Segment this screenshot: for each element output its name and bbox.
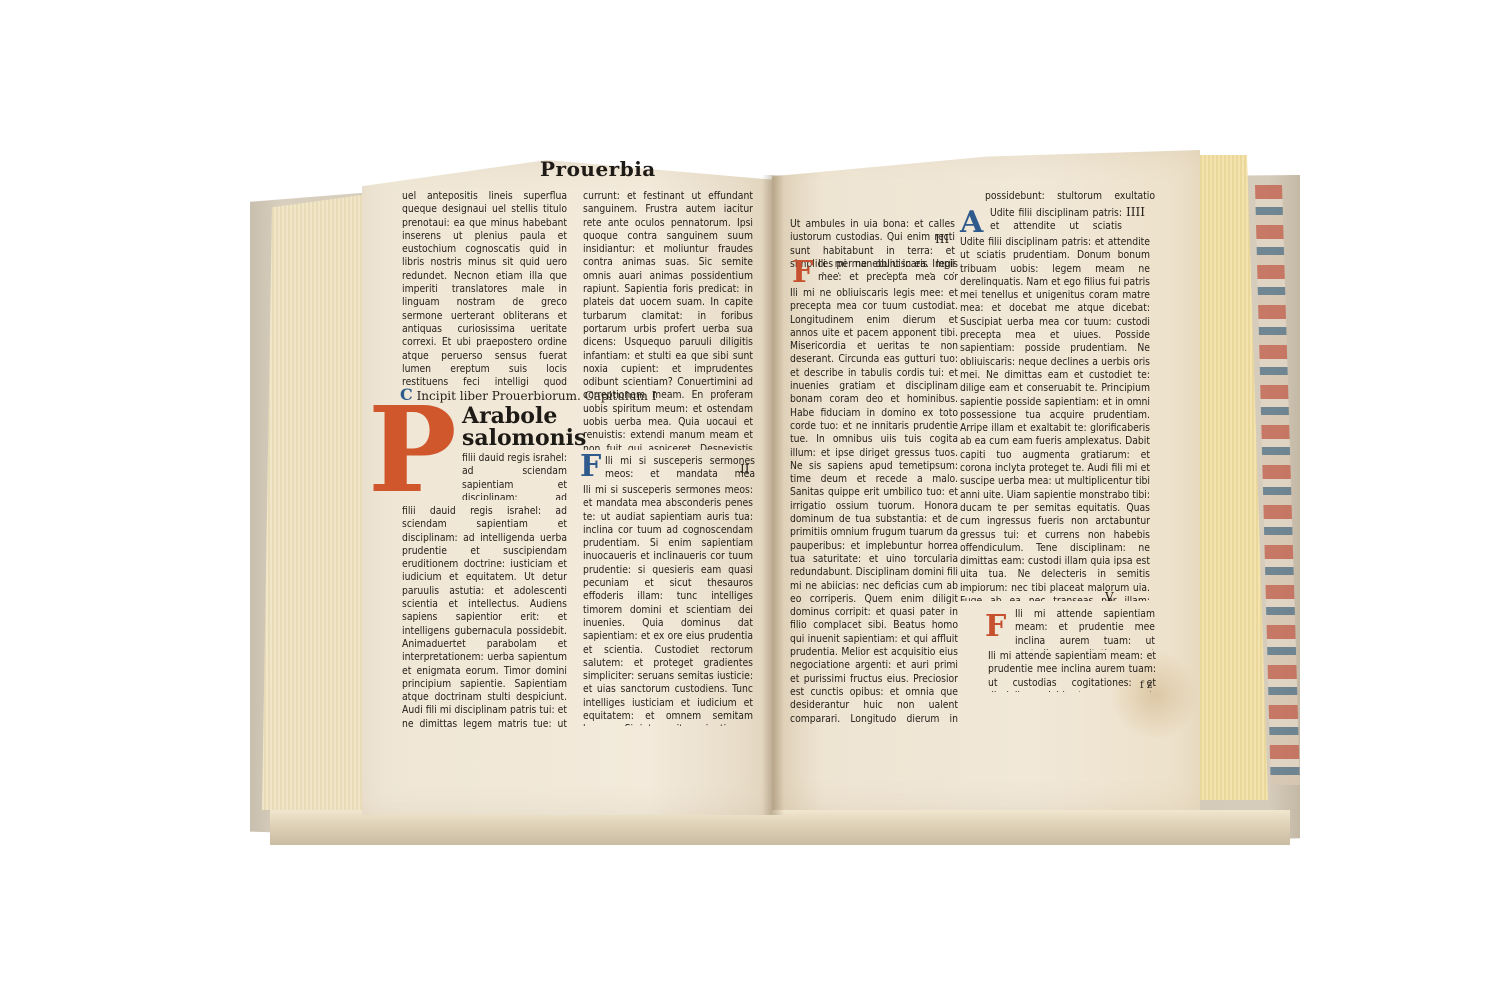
heading-word-2: salomonis bbox=[462, 427, 586, 449]
heading-word-1: Arabole bbox=[462, 405, 586, 427]
left-col1-preface-text: uel antepositis lineis superflua queque … bbox=[402, 190, 567, 390]
book-gutter bbox=[762, 175, 784, 815]
chapter-3-text-beside: Ili mi ne obliuiscaris legis mee: et pre… bbox=[818, 258, 958, 286]
chapter-5-text-beside: Ili mi attende sapientiam meam: et prude… bbox=[1015, 608, 1155, 650]
chapter-3-initial: F bbox=[792, 258, 813, 288]
chapter-2-initial: F bbox=[580, 452, 601, 482]
chapter-2-text: Ili mi si susceperis sermones meos: et m… bbox=[583, 484, 753, 726]
signature-mark: f z bbox=[1140, 680, 1152, 691]
right-col2-top-text: possidebunt: stultorum exultatio ignomin… bbox=[985, 190, 1155, 204]
parabole-heading: Arabole salomonis bbox=[462, 405, 586, 449]
bottom-page-edge bbox=[270, 810, 1290, 845]
chapter-5-text: Ili mi attende sapientiam meam: et prude… bbox=[988, 650, 1156, 692]
left-col2-text: currunt: et festinant ut effundant sangu… bbox=[583, 190, 753, 450]
chapter-4-text-beside: Udite filii disciplinam patris: et atten… bbox=[990, 207, 1122, 235]
chapter-4-initial: A bbox=[960, 208, 983, 238]
left-col1-opening-text: filii dauid regis israhel: ad sciendam s… bbox=[402, 505, 567, 730]
book-photo: Prouerbia uel antepositis lineis superfl… bbox=[0, 0, 1500, 1000]
chapter-4-text: Udite filii disciplinam patris: et atten… bbox=[960, 236, 1150, 601]
left-page-block-edge bbox=[262, 195, 362, 810]
chapter-5-initial: F bbox=[985, 612, 1006, 642]
illuminated-initial-p: P bbox=[368, 400, 457, 500]
chapter-4-label: IIII bbox=[1126, 205, 1145, 219]
left-col1-opening-beside-initial: filii dauid regis israhel: ad sciendam s… bbox=[462, 452, 567, 500]
chapter-2-text-beside: Ili mi si susceperis sermones meos: et m… bbox=[605, 455, 755, 483]
running-head: Prouerbia bbox=[540, 157, 656, 181]
chapter-3-label: III bbox=[935, 232, 949, 246]
chapter-3-text: Ili mi ne obliuiscaris legis mee: et pre… bbox=[790, 287, 958, 725]
chapter-5-label: V bbox=[1105, 590, 1114, 604]
